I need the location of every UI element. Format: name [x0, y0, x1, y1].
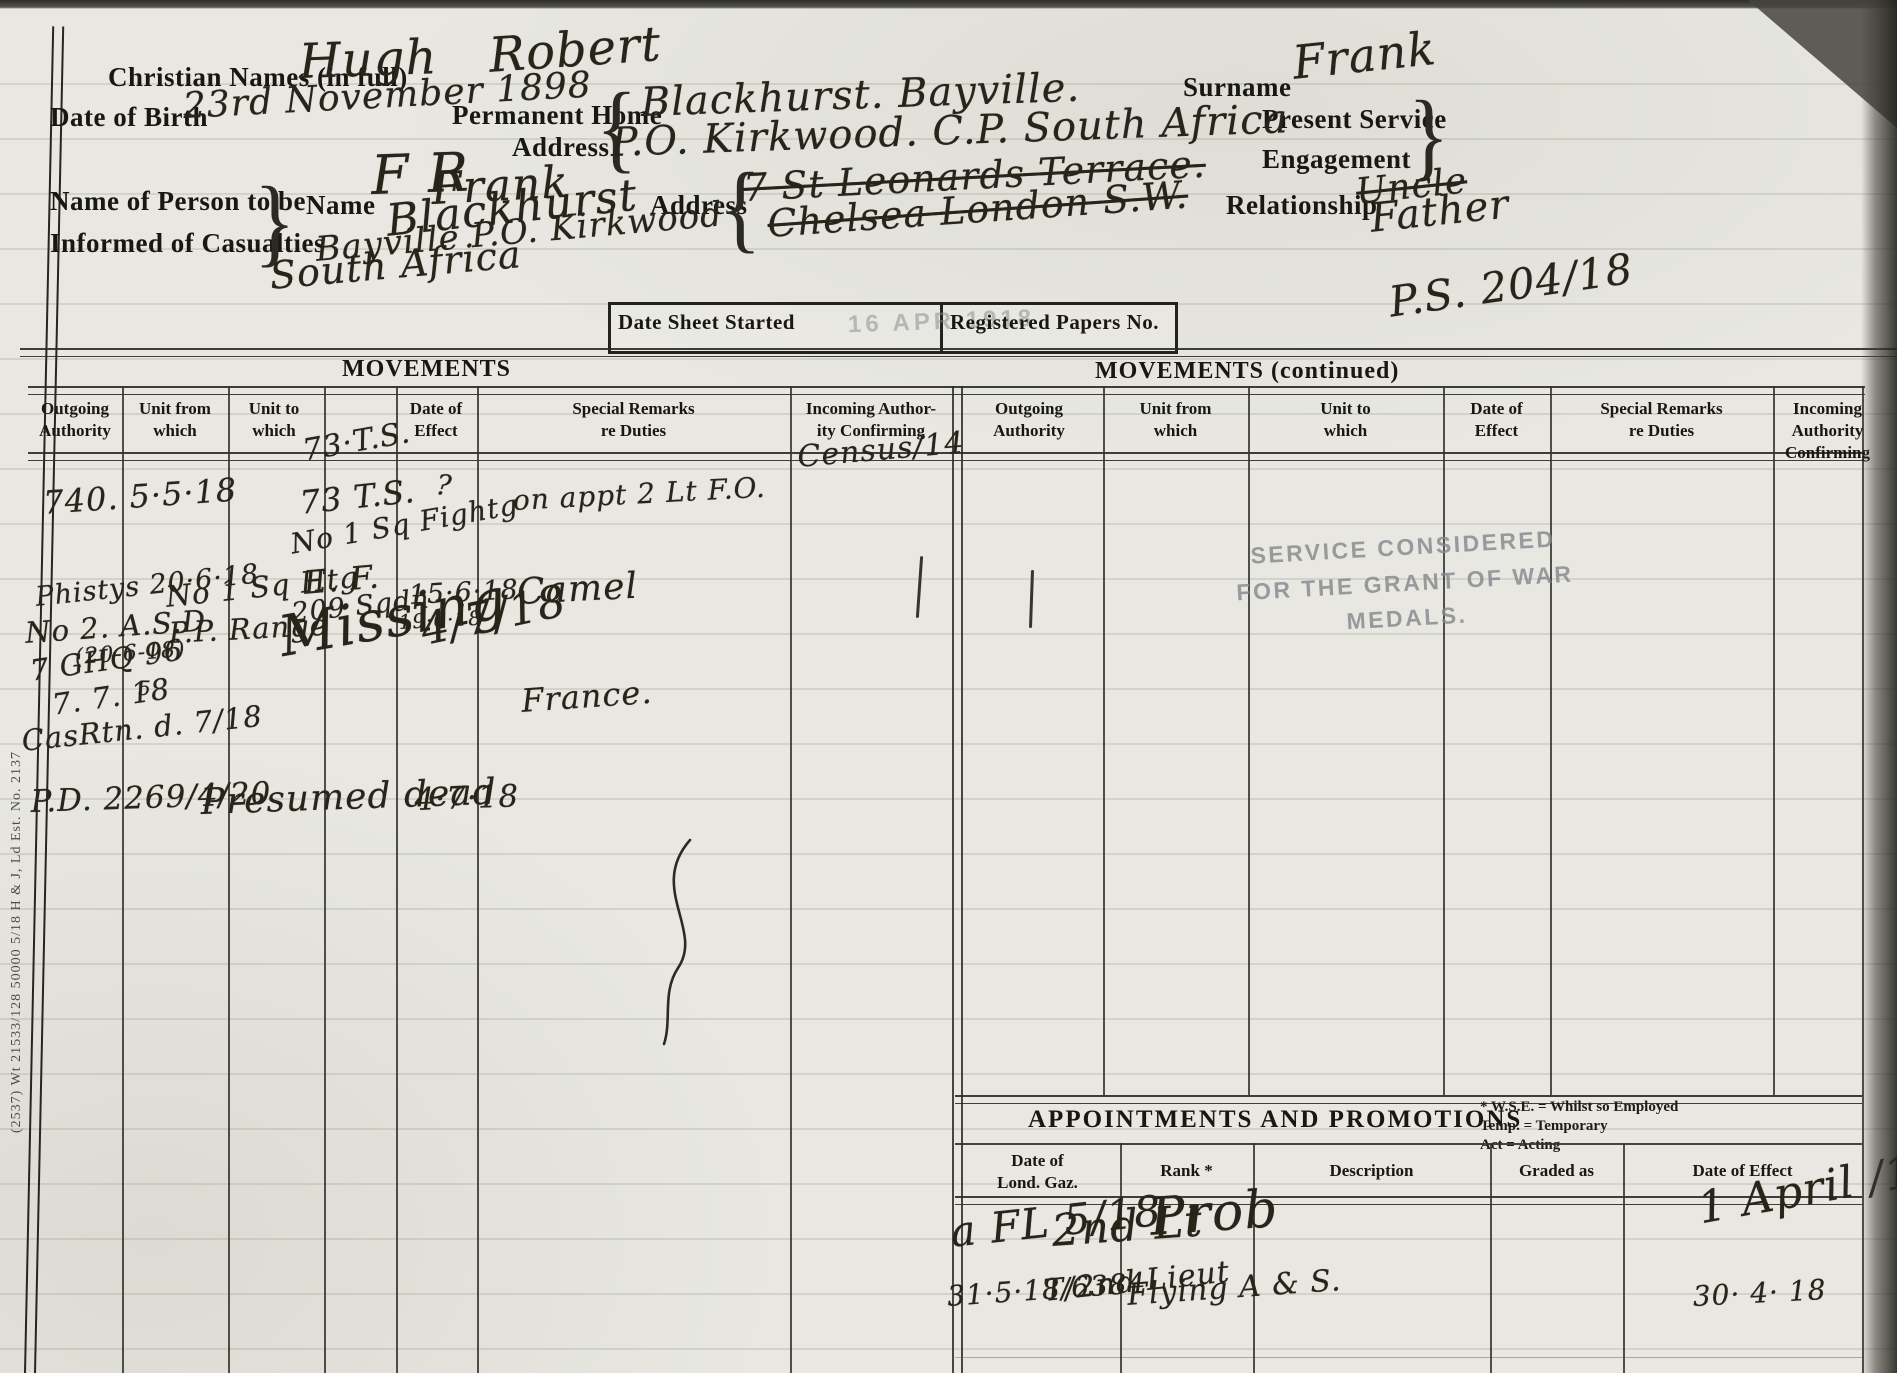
war-medals-stamp: SERVICE CONSIDERED FOR THE GRANT OF WAR …	[1187, 518, 1622, 649]
left-table-rule	[477, 386, 479, 1373]
scan-right-edge	[1861, 0, 1897, 1373]
kin-name-label: Name	[306, 190, 375, 221]
left-col-outgoing-authority: Outgoing Authority	[30, 398, 120, 442]
appointments-top-line	[955, 1095, 1862, 1104]
right-col-unit-from: Unit from which	[1105, 398, 1246, 442]
printer-imprint: (2537) Wt 21533/128 50000 5/18 H & J, Ld…	[9, 593, 25, 1133]
right-table-rule	[1443, 386, 1445, 1095]
remarks-france: France.	[520, 673, 654, 720]
right-table-rule	[1103, 386, 1105, 1095]
appt-date-effect-2: 30· 4· 18	[1692, 1273, 1827, 1313]
left-table-rule	[122, 386, 124, 1373]
appointments-row-line	[955, 1357, 1862, 1358]
pen-stroke	[618, 838, 718, 1048]
left-table-rule	[790, 386, 792, 1373]
appt-col-rank: Rank *	[1122, 1160, 1251, 1182]
left-table-rule	[228, 386, 230, 1373]
outgoing-740: 740. 5·5·18	[42, 470, 238, 521]
outgoing-ghq-note: 5	[138, 676, 152, 700]
tables-top-line	[28, 386, 1865, 395]
appt-col-graded-as: Graded as	[1492, 1160, 1621, 1182]
date-sheet-started-label: Date Sheet Started	[618, 310, 795, 335]
right-table-rule	[1550, 386, 1552, 1095]
appointments-footnote: * W.S.E. = Whilst so Employed Temp. = Te…	[1480, 1098, 1678, 1154]
remarks-camel: Camel	[516, 566, 639, 613]
remarks-appt: on appt 2 Lt F.O.	[512, 471, 767, 517]
right-col-unit-to: Unit to which	[1250, 398, 1441, 442]
registered-papers-label: Registered Papers No.	[950, 310, 1159, 335]
pen-stroke	[1029, 570, 1034, 628]
right-table-rule	[1248, 386, 1250, 1095]
appt-description-1: Prob	[1148, 1179, 1280, 1248]
movements-right-title: MOVEMENTS (continued)	[1095, 358, 1399, 385]
registered-papers-value: P.S. 204/18	[1386, 244, 1636, 327]
pen-stroke	[916, 556, 923, 618]
right-col-date-effect: Date of Effect	[1445, 398, 1548, 442]
relationship-label: Relationship	[1226, 190, 1378, 221]
right-col-outgoing-authority: Outgoing Authority	[957, 398, 1101, 442]
scan-top-edge	[0, 0, 1897, 9]
left-col-special-remarks: Special Remarks re Duties	[479, 398, 788, 442]
date-effect-query: ?	[435, 468, 454, 502]
appt-col-gazette: Date of Lond. Gaz.	[957, 1150, 1118, 1194]
date-effect-4: 4·7·18	[414, 778, 520, 818]
right-col-special-remarks: Special Remarks re Duties	[1552, 398, 1771, 442]
right-table-rule	[1773, 386, 1775, 1095]
appt-col-description: Description	[1255, 1160, 1488, 1182]
section-separator-line	[20, 348, 1897, 357]
appointments-title: APPOINTMENTS AND PROMOTIONS	[1028, 1106, 1522, 1134]
appointments-header-top-line	[955, 1143, 1862, 1145]
casualty-form-document: (2537) Wt 21533/128 50000 5/18 H & J, Ld…	[0, 0, 1897, 1373]
movements-left-title: MOVEMENTS	[342, 356, 511, 383]
left-col-unit-from: Unit from which	[124, 398, 226, 442]
